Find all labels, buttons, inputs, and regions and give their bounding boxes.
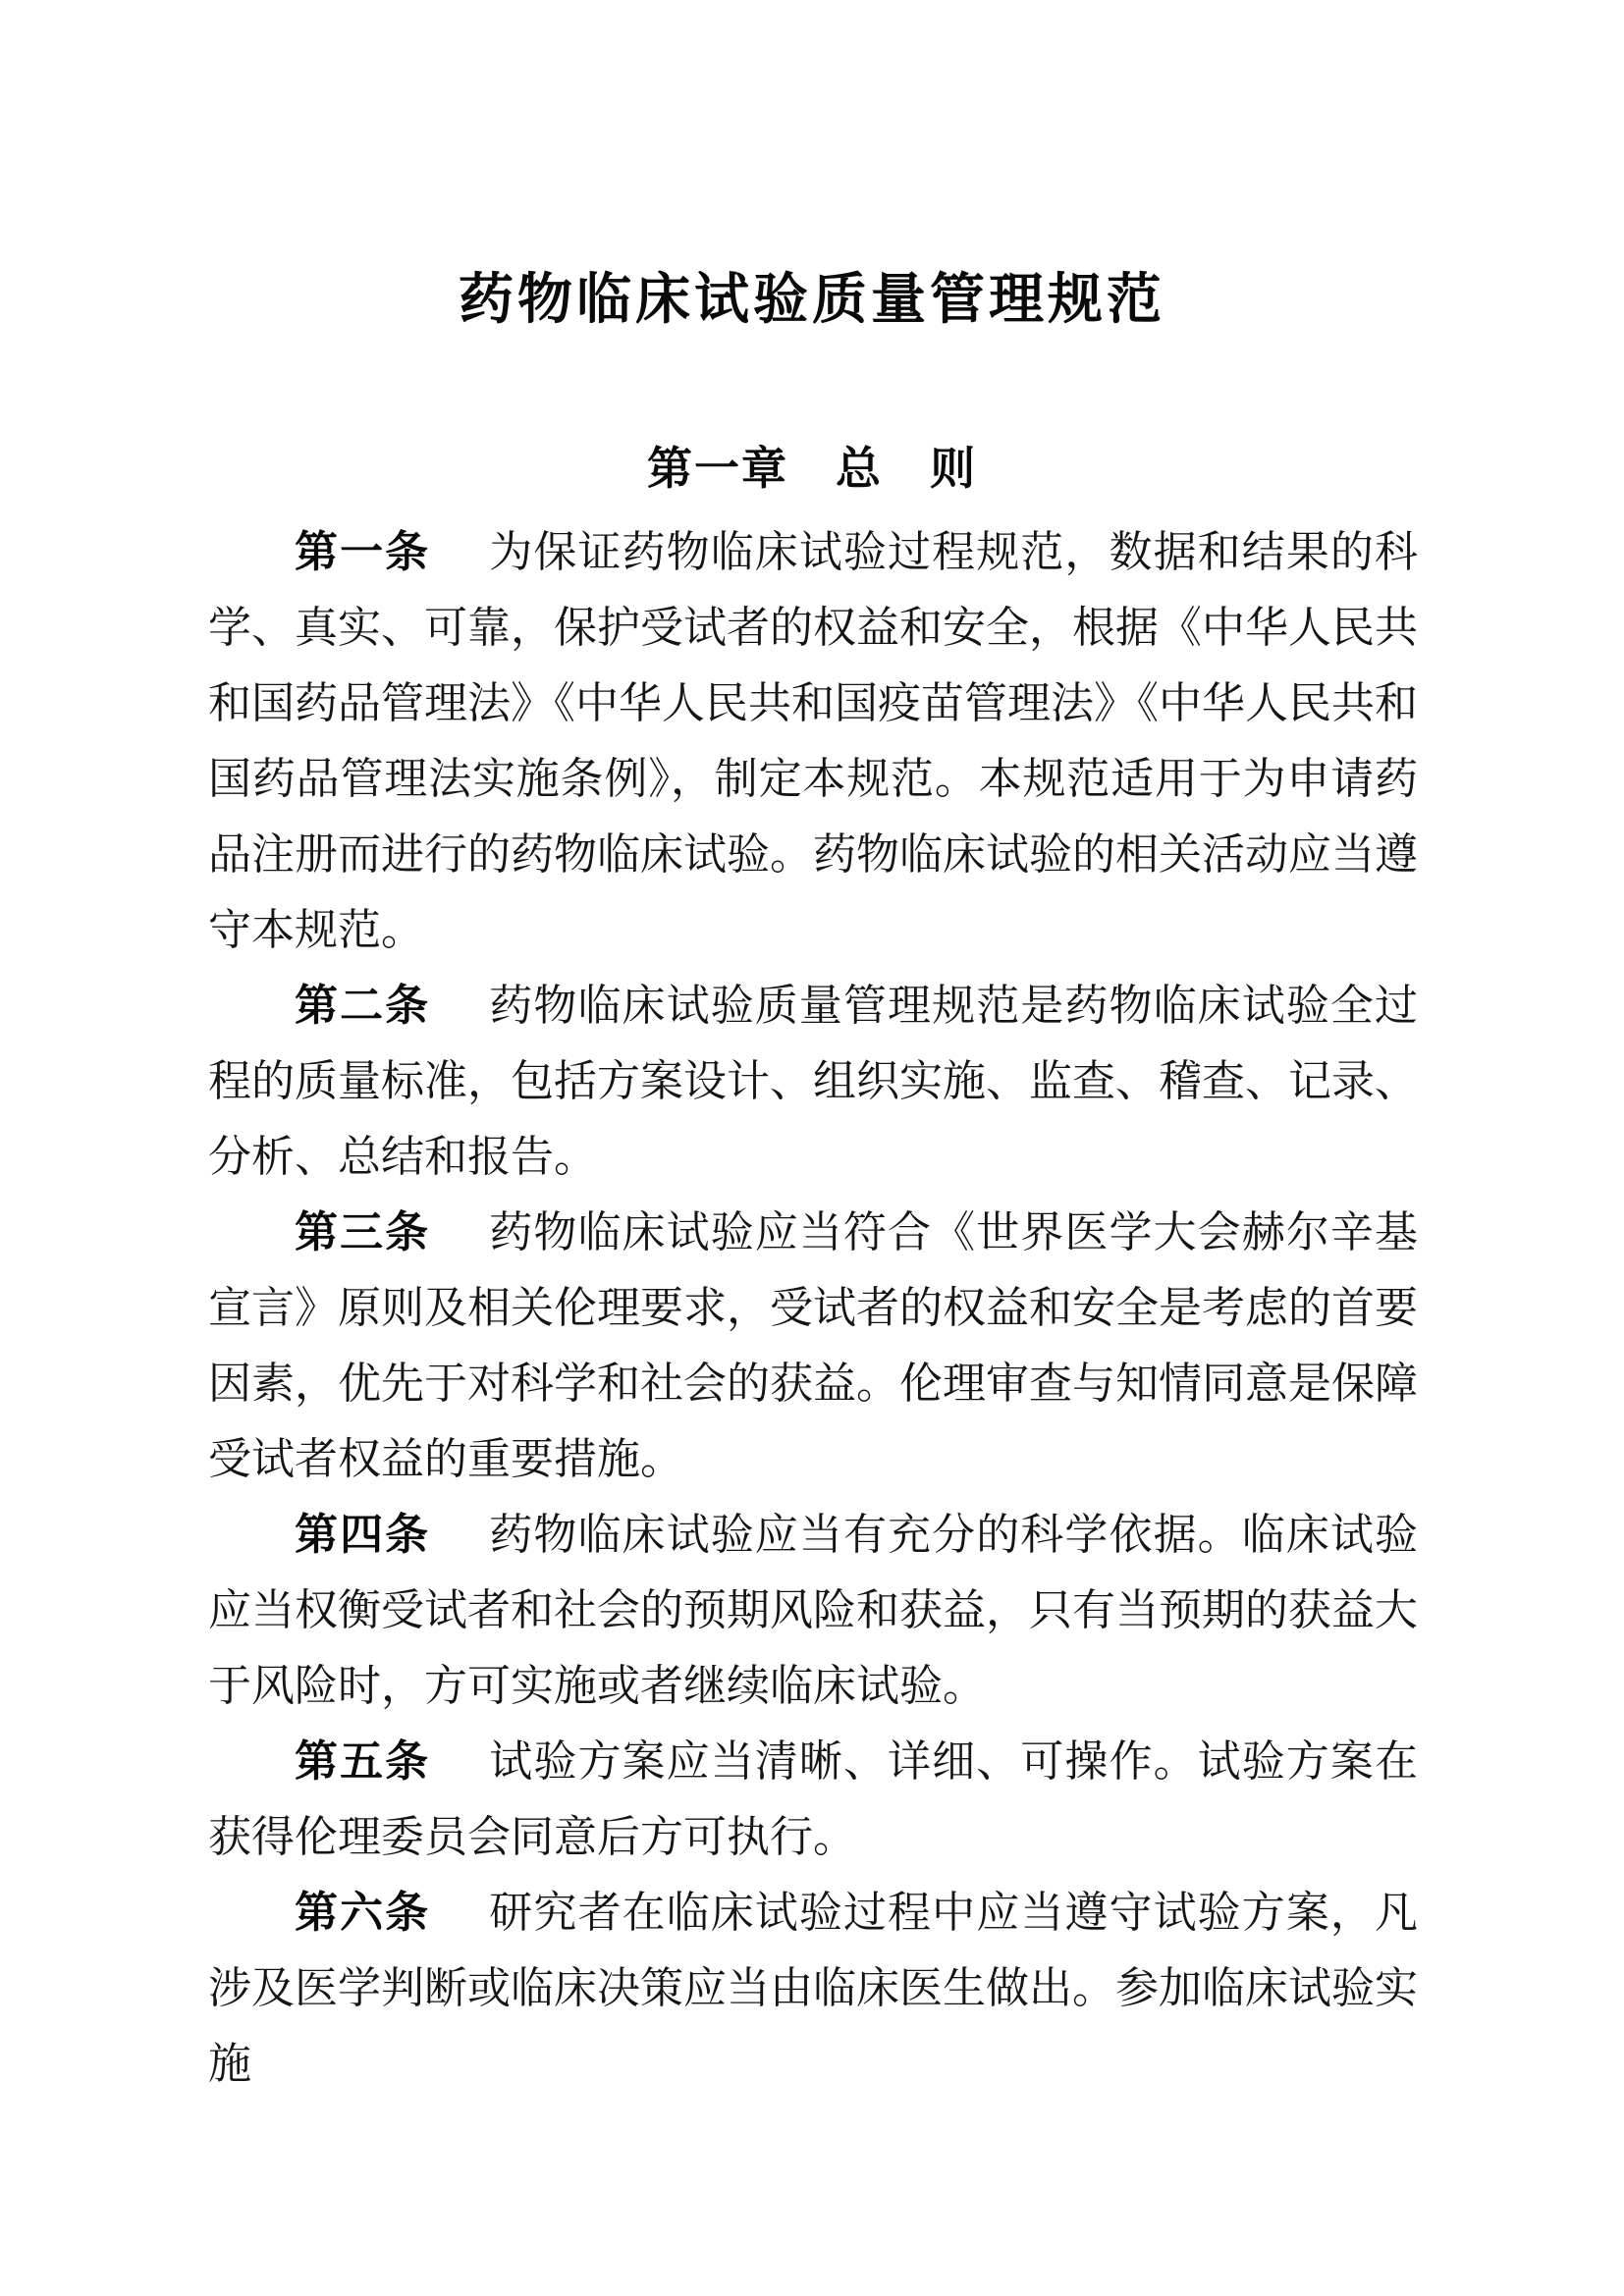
article-paragraph: 第二条药物临床试验质量管理规范是药物临床试验全过程的质量标准，包括方案设计、组织… [208, 968, 1418, 1195]
article-number: 第三条 [295, 1208, 430, 1256]
document-title: 药物临床试验质量管理规范 [0, 267, 1624, 332]
document-page: 药物临床试验质量管理规范 第一章 总 则 第一条为保证药物临床试验过程规范，数据… [0, 0, 1624, 2296]
article-number: 第六条 [295, 1889, 430, 1937]
article-paragraph: 第一条为保证药物临床试验过程规范，数据和结果的科学、真实、可靠，保护受试者的权益… [208, 514, 1418, 968]
article-paragraph: 第四条药物临床试验应当有充分的科学依据。临床试验应当权衡受试者和社会的预期风险和… [208, 1497, 1418, 1724]
article-text: 为保证药物临床试验过程规范，数据和结果的科学、真实、可靠，保护受试者的权益和安全… [208, 528, 1418, 954]
document-body: 第一条为保证药物临床试验过程规范，数据和结果的科学、真实、可靠，保护受试者的权益… [208, 514, 1418, 2102]
chapter-heading: 第一章 总 则 [0, 442, 1624, 495]
article-paragraph: 第三条药物临床试验应当符合《世界医学大会赫尔辛基宣言》原则及相关伦理要求，受试者… [208, 1195, 1418, 1497]
article-number: 第五条 [295, 1737, 430, 1786]
article-paragraph: 第六条研究者在临床试验过程中应当遵守试验方案，凡涉及医学判断或临床决策应当由临床… [208, 1875, 1418, 2102]
article-paragraph: 第五条试验方案应当清晰、详细、可操作。试验方案在获得伦理委员会同意后方可执行。 [208, 1724, 1418, 1875]
article-number: 第一条 [295, 528, 430, 576]
article-number: 第四条 [295, 1511, 430, 1559]
article-number: 第二条 [295, 982, 430, 1030]
